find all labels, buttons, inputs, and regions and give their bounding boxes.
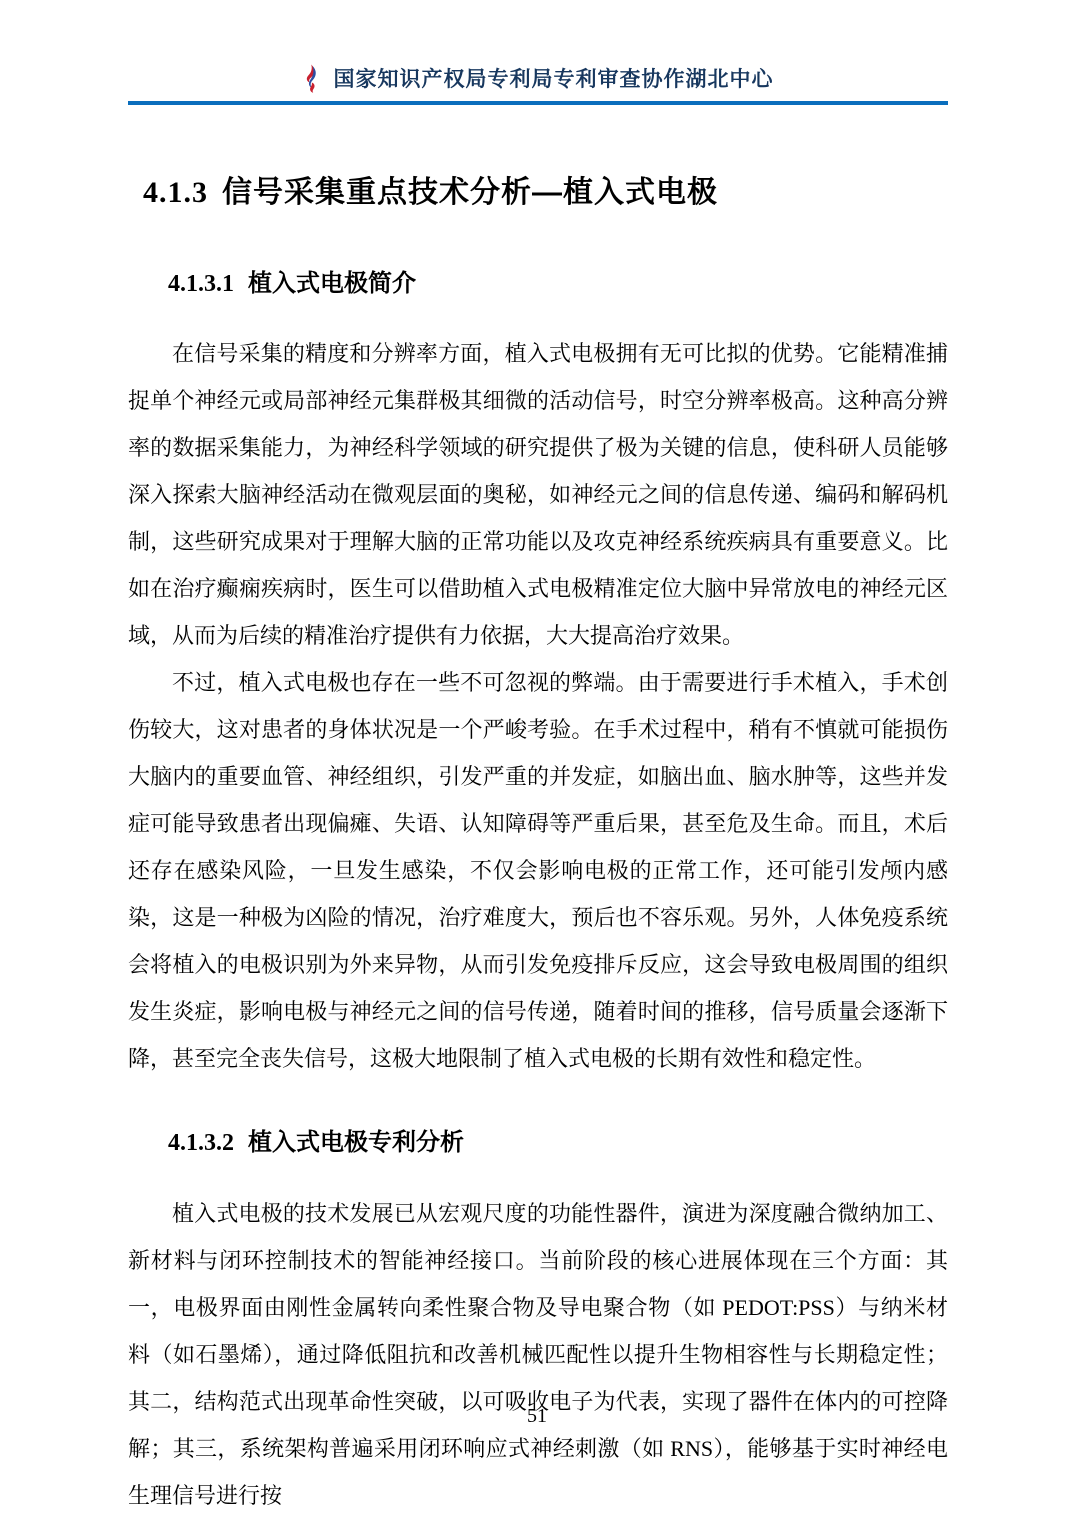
section-heading: 4.1.3信号采集重点技术分析—植入式电极	[128, 167, 948, 211]
cnipa-logo-icon	[303, 62, 321, 94]
paragraph-patent-analysis: 植入式电极的技术发展已从宏观尺度的功能性器件，演进为深度融合微纳加工、新材料与闭…	[128, 1190, 948, 1519]
paragraph-drawbacks: 不过，植入式电极也存在一些不可忽视的弊端。由于需要进行手术植入，手术创伤较大，这…	[128, 659, 948, 1082]
subsection-patent-title: 植入式电极专利分析	[248, 1129, 464, 1156]
subsection-intro-number: 4.1.3.1	[168, 271, 234, 297]
header-org-row: 国家知识产权局专利局专利审查协作湖北中心	[128, 60, 948, 96]
page-header: 国家知识产权局专利局专利审查协作湖北中心	[128, 0, 948, 105]
document-body: 4.1.3信号采集重点技术分析—植入式电极 4.1.3.1植入式电极简介 在信号…	[128, 167, 948, 1519]
subsection-heading-intro: 4.1.3.1植入式电极简介	[128, 263, 948, 298]
subsection-patent-number: 4.1.3.2	[168, 1130, 234, 1156]
header-divider	[128, 101, 948, 105]
paragraph-advantages: 在信号采集的精度和分辨率方面，植入式电极拥有无可比拟的优势。它能精准捕捉单个神经…	[128, 330, 948, 659]
subsection-heading-patent: 4.1.3.2植入式电极专利分析	[128, 1122, 948, 1157]
page-footer: 51	[0, 1405, 1074, 1428]
section-title: 信号采集重点技术分析—植入式电极	[222, 176, 718, 209]
document-page: 国家知识产权局专利局专利审查协作湖北中心 4.1.3信号采集重点技术分析—植入式…	[0, 0, 1074, 1520]
page-number: 51	[527, 1405, 547, 1427]
subsection-intro-title: 植入式电极简介	[248, 270, 416, 297]
org-name: 国家知识产权局专利局专利审查协作湖北中心	[334, 63, 774, 93]
section-number: 4.1.3	[143, 176, 208, 209]
